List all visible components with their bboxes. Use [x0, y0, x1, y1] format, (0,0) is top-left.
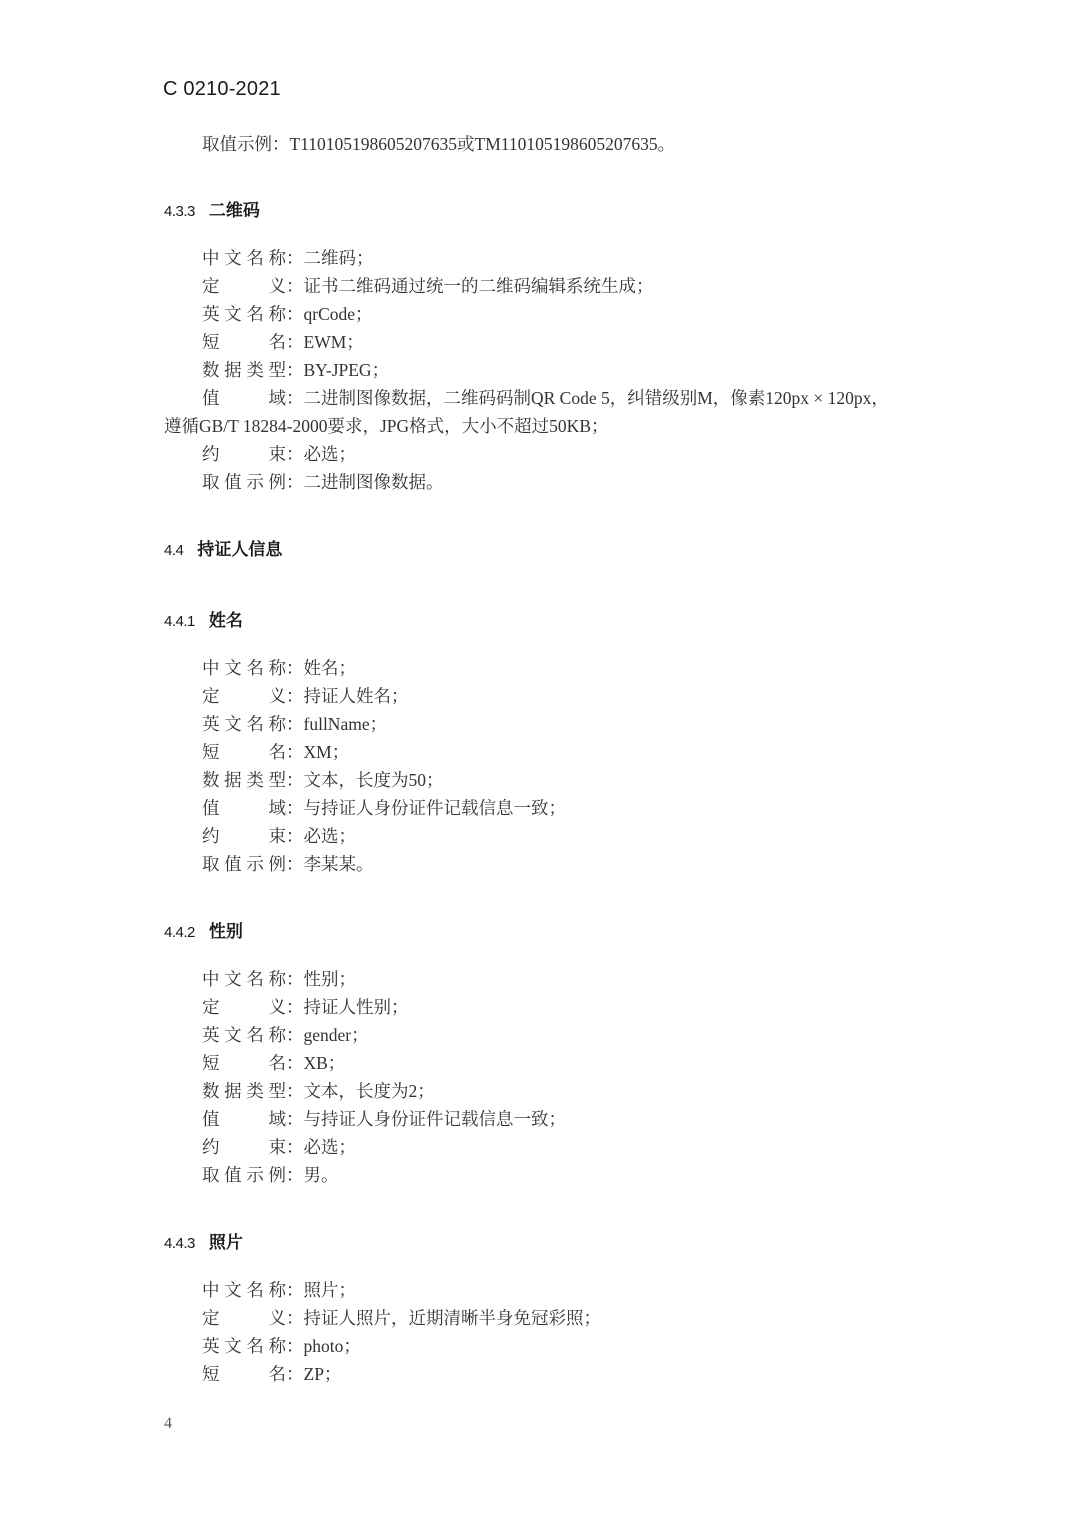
field-key: 中文名称	[202, 247, 286, 269]
colon: ：	[286, 1308, 304, 1328]
section-title: 二维码	[209, 201, 260, 221]
colon: ：	[286, 826, 304, 846]
field-key: 取值示例	[202, 1164, 286, 1186]
field-value: XB；	[304, 1053, 346, 1073]
field-key: 数据类型	[202, 359, 286, 381]
section-heading-4-4: 4.4持证人信息	[164, 535, 282, 560]
field-key: 短 名	[202, 1363, 286, 1385]
page-number: 4	[164, 1415, 172, 1433]
colon: ：	[286, 1053, 304, 1073]
colon: ：	[286, 997, 304, 1017]
field-row: 短 名：EWM；	[202, 331, 364, 353]
field-value: 姓名；	[304, 658, 357, 678]
colon: ：	[286, 1364, 304, 1384]
colon: ：	[286, 276, 304, 296]
field-row: 英文名称：qrCode；	[202, 303, 373, 325]
field-value: 二进制图像数据。	[304, 472, 444, 492]
field-key: 定 义	[202, 685, 286, 707]
field-key: 数据类型	[202, 1080, 286, 1102]
field-value: ZP；	[304, 1364, 342, 1384]
colon: ：	[286, 658, 304, 678]
document-page: C 0210-2021 取值示例：T110105198605207635或TM1…	[0, 0, 1080, 1527]
field-key: 取值示例	[202, 853, 286, 875]
field-row: 定 义：持证人姓名；	[202, 685, 409, 707]
field-value: 性别；	[304, 969, 357, 989]
field-value: 持证人性别；	[304, 997, 409, 1017]
section-heading-4-4-3: 4.4.3照片	[164, 1228, 243, 1253]
field-value: qrCode；	[304, 304, 373, 324]
field-value: 男。	[304, 1165, 339, 1185]
field-key: 取值示例	[202, 471, 286, 493]
field-row: 数据类型：文本，长度为2；	[202, 1080, 435, 1102]
intro-example: 取值示例：T110105198605207635或TM1101051986052…	[202, 133, 675, 155]
colon: ：	[286, 304, 304, 324]
field-row: 约 束：必选；	[202, 1136, 356, 1158]
colon: ：	[286, 686, 304, 706]
field-row: 数据类型：BY-JPEG；	[202, 359, 389, 381]
field-row: 取值示例：男。	[202, 1164, 339, 1186]
field-value: 必选；	[304, 826, 357, 846]
field-key: 短 名	[202, 1052, 286, 1074]
field-value: 证书二维码通过统一的二维码编辑系统生成；	[304, 276, 654, 296]
colon: ：	[286, 770, 304, 790]
field-key: 约 束	[202, 1136, 286, 1158]
section-number: 4.4.3	[164, 1235, 195, 1252]
colon: ：	[286, 742, 304, 762]
field-row: 中文名称：照片；	[202, 1279, 356, 1301]
colon: ：	[286, 360, 304, 380]
colon: ：	[286, 798, 304, 818]
field-key: 中文名称	[202, 968, 286, 990]
field-key: 中文名称	[202, 657, 286, 679]
field-key: 短 名	[202, 331, 286, 353]
field-value: XM；	[304, 742, 350, 762]
field-value: 必选；	[304, 1137, 357, 1157]
section-heading-4-4-1: 4.4.1姓名	[164, 606, 243, 631]
field-row: 中文名称：二维码；	[202, 247, 374, 269]
field-row: 取值示例：二进制图像数据。	[202, 471, 444, 493]
colon: ：	[286, 248, 304, 268]
field-value: fullName；	[304, 714, 388, 734]
field-row: 中文名称：姓名；	[202, 657, 356, 679]
field-value: gender；	[304, 1025, 369, 1045]
field-key: 值 域	[202, 797, 286, 819]
field-key: 约 束	[202, 825, 286, 847]
field-key: 英文名称	[202, 303, 286, 325]
field-row: 取值示例：李某某。	[202, 853, 374, 875]
field-row: 中文名称：性别；	[202, 968, 356, 990]
section-number: 4.4.2	[164, 924, 195, 941]
field-key: 值 域	[202, 387, 286, 409]
section-title: 姓名	[209, 611, 243, 631]
section-heading-4-4-2: 4.4.2性别	[164, 917, 243, 942]
field-value: EWM；	[304, 332, 364, 352]
section-title: 照片	[209, 1233, 243, 1253]
colon: ：	[286, 854, 304, 874]
field-key: 定 义	[202, 996, 286, 1018]
colon: ：	[286, 1025, 304, 1045]
section-heading-4-3-3: 4.3.3二维码	[164, 196, 260, 221]
field-row: 短 名：ZP；	[202, 1363, 341, 1385]
field-value: 与持证人身份证件记载信息一致；	[304, 1109, 567, 1129]
field-key: 英文名称	[202, 713, 286, 735]
field-value: 照片；	[304, 1280, 357, 1300]
field-row: 值 域：二进制图像数据，二维码码制QR Code 5，纠错级别M，像素120px…	[202, 387, 889, 409]
field-value: photo；	[304, 1336, 361, 1356]
colon: ：	[286, 1137, 304, 1157]
field-key: 定 义	[202, 275, 286, 297]
field-value: BY-JPEG；	[304, 360, 390, 380]
field-value: 文本，长度为50；	[304, 770, 444, 790]
field-value-continuation: 遵循GB/T 18284-2000要求，JPG格式，大小不超过50KB；	[164, 415, 609, 437]
section-number: 4.4.1	[164, 613, 195, 630]
field-row: 短 名：XM；	[202, 741, 349, 763]
colon: ：	[286, 1165, 304, 1185]
section-title: 性别	[209, 922, 243, 942]
colon: ：	[286, 444, 304, 464]
field-row: 数据类型：文本，长度为50；	[202, 769, 444, 791]
field-value: 与持证人身份证件记载信息一致；	[304, 798, 567, 818]
field-value: 文本，长度为2；	[304, 1081, 435, 1101]
field-value: 李某某。	[304, 854, 374, 874]
colon: ：	[286, 714, 304, 734]
field-row: 定 义：证书二维码通过统一的二维码编辑系统生成；	[202, 275, 654, 297]
field-value: 二进制图像数据，二维码码制QR Code 5，纠错级别M，像素120px × 1…	[304, 388, 889, 408]
field-value: 二维码；	[304, 248, 374, 268]
colon: ：	[286, 388, 304, 408]
field-key: 英文名称	[202, 1335, 286, 1357]
field-row: 约 束：必选；	[202, 825, 356, 847]
field-row: 值 域：与持证人身份证件记载信息一致；	[202, 797, 566, 819]
colon: ：	[286, 1280, 304, 1300]
field-key: 值 域	[202, 1108, 286, 1130]
field-value: 持证人姓名；	[304, 686, 409, 706]
field-key: 短 名	[202, 741, 286, 763]
field-row: 约 束：必选；	[202, 443, 356, 465]
field-row: 英文名称：fullName；	[202, 713, 387, 735]
colon: ：	[286, 332, 304, 352]
field-key: 英文名称	[202, 1024, 286, 1046]
field-row: 定 义：持证人照片，近期清晰半身免冠彩照；	[202, 1307, 601, 1329]
field-key: 定 义	[202, 1307, 286, 1329]
field-value: 必选；	[304, 444, 357, 464]
section-number: 4.4	[164, 542, 183, 559]
field-key: 数据类型	[202, 769, 286, 791]
field-row: 定 义：持证人性别；	[202, 996, 409, 1018]
field-row: 英文名称：gender；	[202, 1024, 369, 1046]
colon: ：	[286, 1109, 304, 1129]
field-value: 持证人照片，近期清晰半身免冠彩照；	[304, 1308, 602, 1328]
colon: ：	[286, 472, 304, 492]
field-key: 约 束	[202, 443, 286, 465]
colon: ：	[286, 1336, 304, 1356]
field-key: 中文名称	[202, 1279, 286, 1301]
section-number: 4.3.3	[164, 203, 195, 220]
field-row: 短 名：XB；	[202, 1052, 345, 1074]
colon: ：	[286, 1081, 304, 1101]
field-row: 值 域：与持证人身份证件记载信息一致；	[202, 1108, 566, 1130]
standard-code: C 0210-2021	[163, 78, 281, 101]
field-row: 英文名称：photo；	[202, 1335, 361, 1357]
colon: ：	[286, 969, 304, 989]
section-title: 持证人信息	[197, 540, 282, 560]
